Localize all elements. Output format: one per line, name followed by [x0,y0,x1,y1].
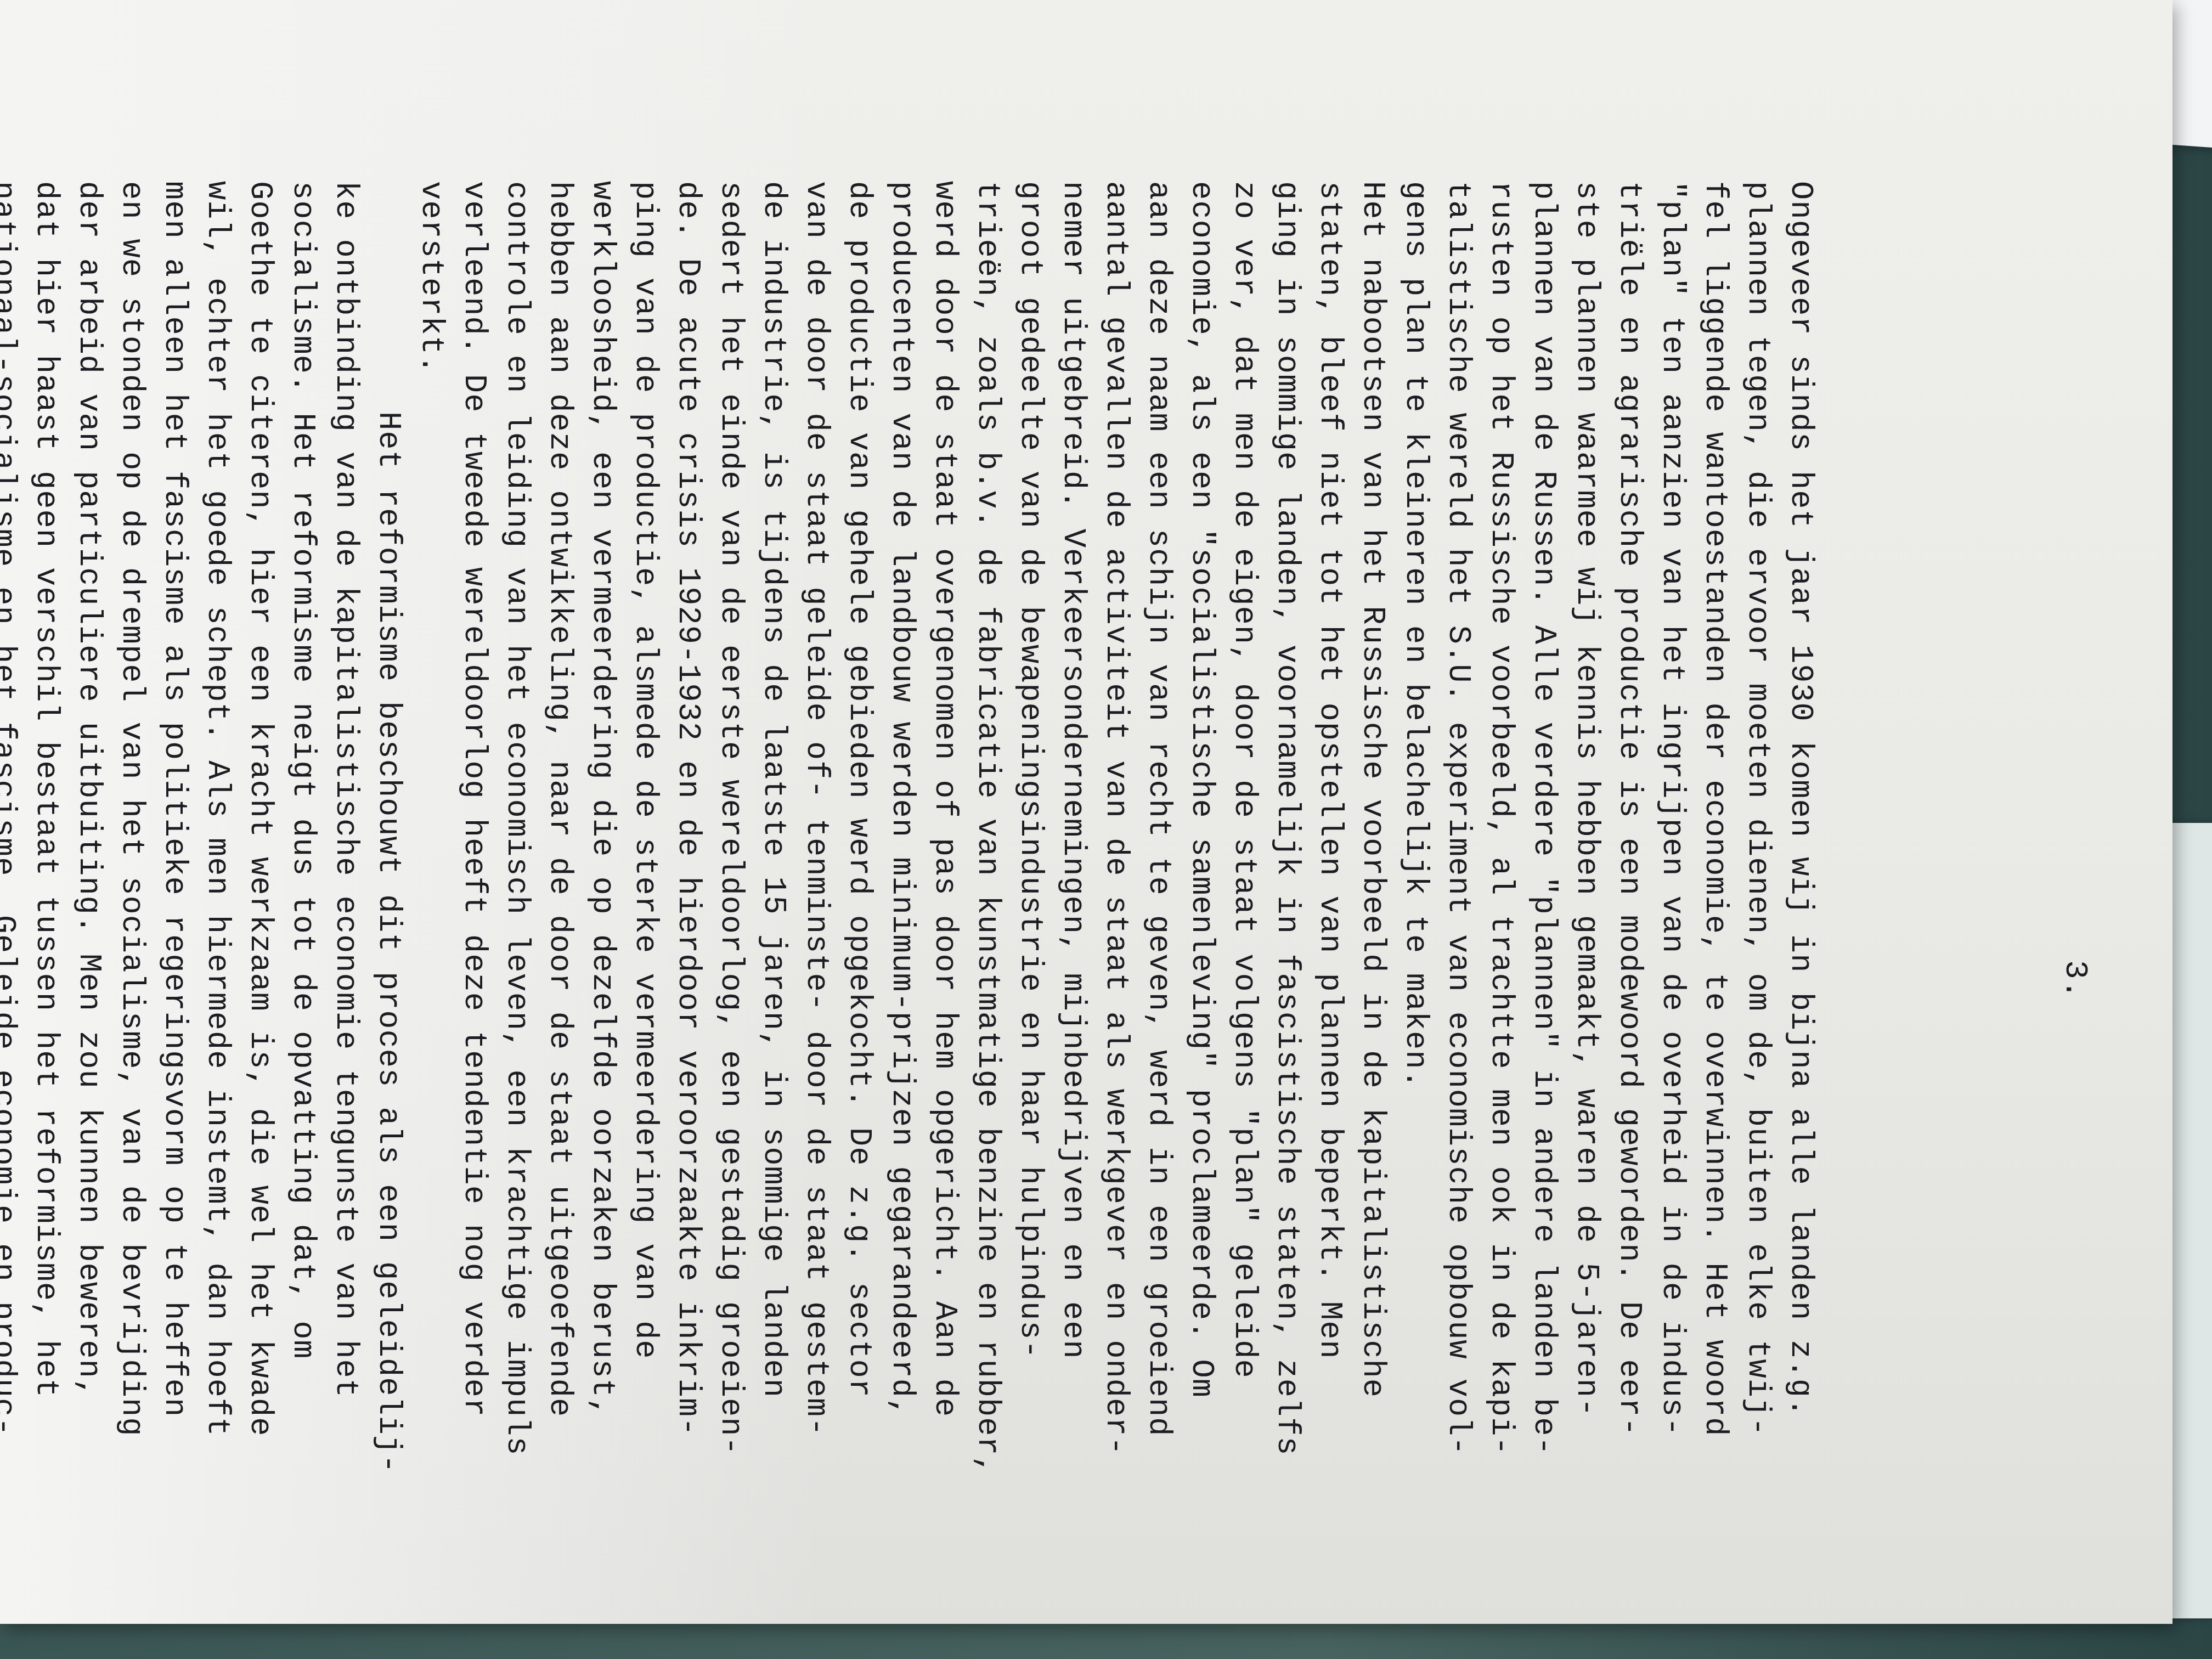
text-line: rusten op het Russische voorbeeld, al tr… [1479,181,1522,1542]
text-line: de industrie, is tijdens de laatste 15 j… [752,181,794,1542]
text-line: Ongeveer sinds het jaar 1930 komen wij i… [1779,181,1821,1542]
text-line: versterkt. [409,181,452,1542]
typed-page: 3. Ongeveer sinds het jaar 1930 komen wi… [0,0,2172,1624]
text-line: nemer uitgebreid. Verkeersondernemingen,… [1051,181,1094,1542]
text-line: triële en agrarische productie is een mo… [1607,181,1650,1542]
text-line: en we stonden op de drempel van het soci… [110,181,153,1542]
text-line: aantal gevallen de activiteit van de sta… [1094,181,1137,1542]
text-line: de. De acute crisis 1929-1932 en de hier… [666,181,709,1542]
text-line: ke ontbinding van de kapitalistische eco… [324,181,366,1542]
text-line: ping van de productie, alsmede de sterke… [623,181,666,1542]
paragraph: Ongeveer sinds het jaar 1930 komen wij i… [409,181,1821,1542]
text-line: "plan" ten aanzien van het ingrijpen van… [1650,181,1693,1542]
text-line: de productie van gehele gebieden werd op… [837,181,880,1542]
text-line: werkloosheid, een vermeerdering die op d… [580,181,623,1542]
text-line: hebben aan deze ontwikkeling, naar de do… [538,181,580,1542]
text-line: zo ver, dat men de eigen, door de staat … [1222,181,1265,1542]
text-line: Goethe te citeren, hier een kracht werkz… [238,181,281,1542]
text-line: dat hier haast geen verschil bestaat tus… [24,181,67,1542]
text-line: gens plan te kleineren en belachelijk te… [1393,181,1436,1542]
paragraph: Het reformisme beschouwt dit proces als … [0,181,409,1542]
text-line: wil, echter het goede schept. Als men hi… [195,181,238,1542]
text-line: Het reformisme beschouwt dit proces als … [366,181,409,1542]
text-line: producenten van de landbouw werden minim… [880,181,923,1542]
text-line: van de door de staat geleide of- tenmins… [794,181,837,1542]
text-line: fel liggende wantoestanden der economie,… [1693,181,1736,1542]
text-line: plannen van de Russen. Alle verdere "pla… [1522,181,1565,1542]
page-content: 3. Ongeveer sinds het jaar 1930 komen wi… [0,181,1821,1542]
text-line: aan deze naam een schijn van recht te ge… [1137,181,1180,1542]
text-line: economie, als een "socialistische samenl… [1180,181,1222,1542]
text-line: ste plannen waarmee wij kennis hebben ge… [1565,181,1607,1542]
page-number: 3. [2053,960,2096,1000]
text-line: verleend. De tweede wereldoorlog heeft d… [452,181,495,1542]
text-line: groot gedeelte van de bewapeningsindustr… [1008,181,1051,1542]
text-line: der arbeid van particuliere uitbuiting. … [67,181,110,1542]
text-line: ging in sommige landen, voornamelijk in … [1265,181,1308,1542]
text-line: nationaal-socialisme en het fascisme. Ge… [0,181,24,1542]
text-line: staten, bleef niet tot het opstellen van… [1308,181,1351,1542]
text-line: sedert het einde van de eerste wereldoor… [709,181,752,1542]
text-line: talistische wereld het S.U. experiment v… [1436,181,1479,1542]
paragraphs: Ongeveer sinds het jaar 1930 komen wij i… [0,181,1821,1542]
text-line: plannen tegen, die ervoor moeten dienen,… [1736,181,1779,1542]
text-line: trieën, zoals b.v. de fabricatie van kun… [966,181,1008,1542]
text-line: Het nabootsen van het Russische voorbeel… [1351,181,1393,1542]
text-line: werd door de staat overgenomen of pas do… [923,181,966,1542]
text-line: controle en leiding van het economisch l… [495,181,538,1542]
text-line: socialisme. Het reformisme neigt dus tot… [281,181,324,1542]
text-line: men alleen het fascisme als politieke re… [153,181,195,1542]
